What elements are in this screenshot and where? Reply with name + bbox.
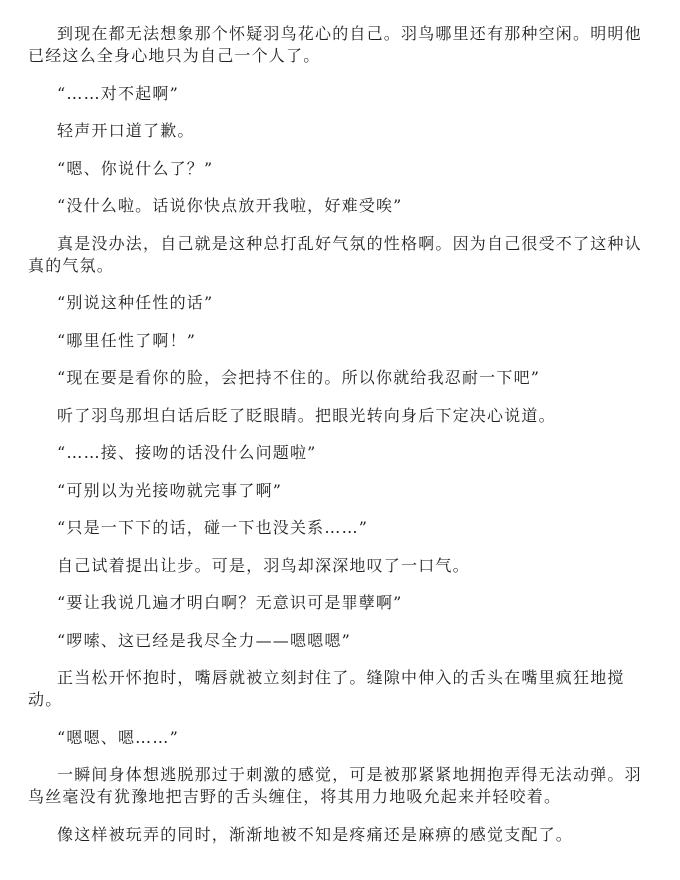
- paragraph: “嗯嗯、嗯……”: [28, 727, 652, 749]
- paragraph: “没什么啦。话说你快点放开我啦，好难受唉”: [28, 195, 652, 217]
- paragraph: “只是一下下的话，碰一下也没关系……”: [28, 517, 652, 539]
- paragraph: 到现在都无法想象那个怀疑羽鸟花心的自己。羽鸟哪里还有那种空闲。明明他已经这么全身…: [28, 23, 652, 67]
- paragraph: 自己试着提出让步。可是，羽鸟却深深地叹了一口气。: [28, 555, 652, 577]
- paragraph: “现在要是看你的脸，会把持不住的。所以你就给我忍耐一下吧”: [28, 367, 652, 389]
- paragraph: 听了羽鸟那坦白话后眨了眨眼睛。把眼光转向身后下定决心说道。: [28, 405, 652, 427]
- paragraph: “可别以为光接吻就完事了啊”: [28, 480, 652, 502]
- document-page: 到现在都无法想象那个怀疑羽鸟花心的自己。羽鸟哪里还有那种空闲。明明他已经这么全身…: [0, 0, 680, 880]
- paragraph: “……接、接吻的话没什么问题啦”: [28, 442, 652, 464]
- paragraph: “哪里任性了啊！”: [28, 330, 652, 352]
- paragraph: “啰嗦、这已经是我尽全力——嗯嗯嗯”: [28, 630, 652, 652]
- paragraph: 正当松开怀抱时，嘴唇就被立刻封住了。缝隙中伸入的舌头在嘴里疯狂地搅动。: [28, 667, 652, 711]
- paragraph: 真是没办法，自己就是这种总打乱好气氛的性格啊。因为自己很受不了这种认真的气氛。: [28, 233, 652, 277]
- paragraph: “别说这种任性的话”: [28, 292, 652, 314]
- paragraph: “要让我说几遍才明白啊？无意识可是罪孽啊”: [28, 592, 652, 614]
- paragraph: 一瞬间身体想逃脱那过于刺激的感觉，可是被那紧紧地拥抱弄得无法动弹。羽鸟丝毫没有犹…: [28, 764, 652, 808]
- paragraph: “嗯、你说什么了？”: [28, 158, 652, 180]
- novel-text-body: 到现在都无法想象那个怀疑羽鸟花心的自己。羽鸟哪里还有那种空闲。明明他已经这么全身…: [28, 23, 652, 846]
- paragraph: 像这样被玩弄的同时，渐渐地被不知是疼痛还是麻痹的感觉支配了。: [28, 824, 652, 846]
- paragraph: 轻声开口道了歉。: [28, 120, 652, 142]
- paragraph: “……对不起啊”: [28, 83, 652, 105]
